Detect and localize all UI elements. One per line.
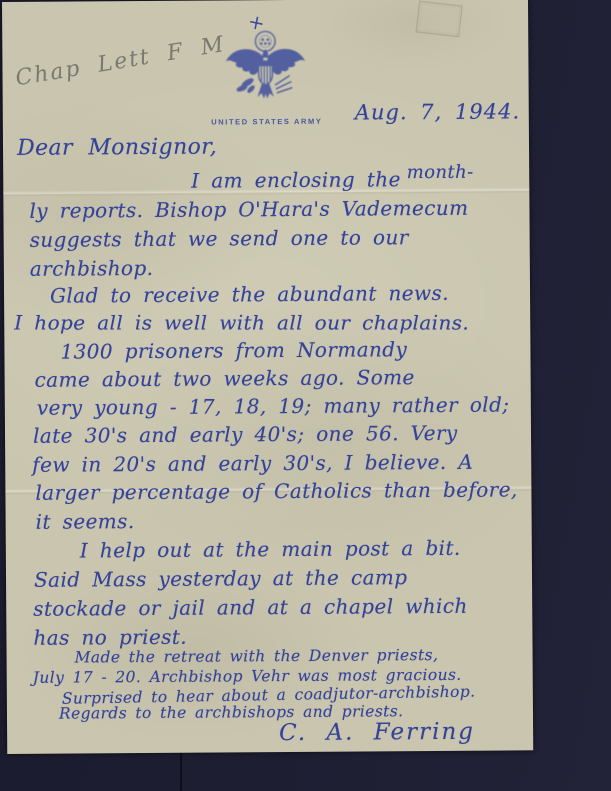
body-line: ly reports. Bishop O'Hara's Vademecum xyxy=(29,196,468,223)
body-line: larger percentage of Catholics than befo… xyxy=(35,477,517,504)
embossed-stamp xyxy=(415,1,462,38)
body-line: few in 20's and early 30's, I believe. A xyxy=(32,450,473,477)
body-line: Said Mass yesterday at the camp xyxy=(34,565,408,592)
body-line: stockade or jail and at a chapel which xyxy=(33,594,468,621)
us-army-eagle-emblem xyxy=(221,30,310,117)
scan-backing-seam xyxy=(180,752,182,791)
body-line: Made the retreat with the Denver priests… xyxy=(75,646,439,667)
scanned-letter: Chap Lett F M + xyxy=(0,0,611,791)
body-line: came about two weeks ago. Some xyxy=(35,365,415,392)
signature: C. A. Ferring xyxy=(279,719,475,746)
body-line-text: I am enclosing the xyxy=(191,167,401,192)
body-line: suggests that we send one to our xyxy=(30,225,409,252)
body-line: has no priest. xyxy=(33,625,187,650)
letterhead-caption: UNITED STATES ARMY xyxy=(211,117,323,127)
body-line: I hope all is well with all our chaplain… xyxy=(14,310,469,334)
body-line: it seems. xyxy=(36,509,135,534)
inserted-word: month- xyxy=(407,162,474,183)
body-line: I help out at the main post a bit. xyxy=(80,536,461,563)
date-line: Aug. 7, 1944. xyxy=(355,99,520,124)
body-line: 1300 prisoners from Normandy xyxy=(60,337,407,363)
body-line: very young - 17, 18, 19; many rather old… xyxy=(37,392,510,419)
salutation: Dear Monsignor, xyxy=(17,135,217,161)
pencil-annotation: Chap Lett F M xyxy=(14,32,228,91)
body-line: Glad to receive the abundant news. xyxy=(50,281,449,308)
body-line: I am enclosing themonth- xyxy=(191,167,473,193)
body-line: late 30's and early 40's; one 56. Very xyxy=(33,421,458,448)
body-line: archbishop. xyxy=(30,256,154,281)
letter-page: Chap Lett F M + xyxy=(2,0,533,754)
